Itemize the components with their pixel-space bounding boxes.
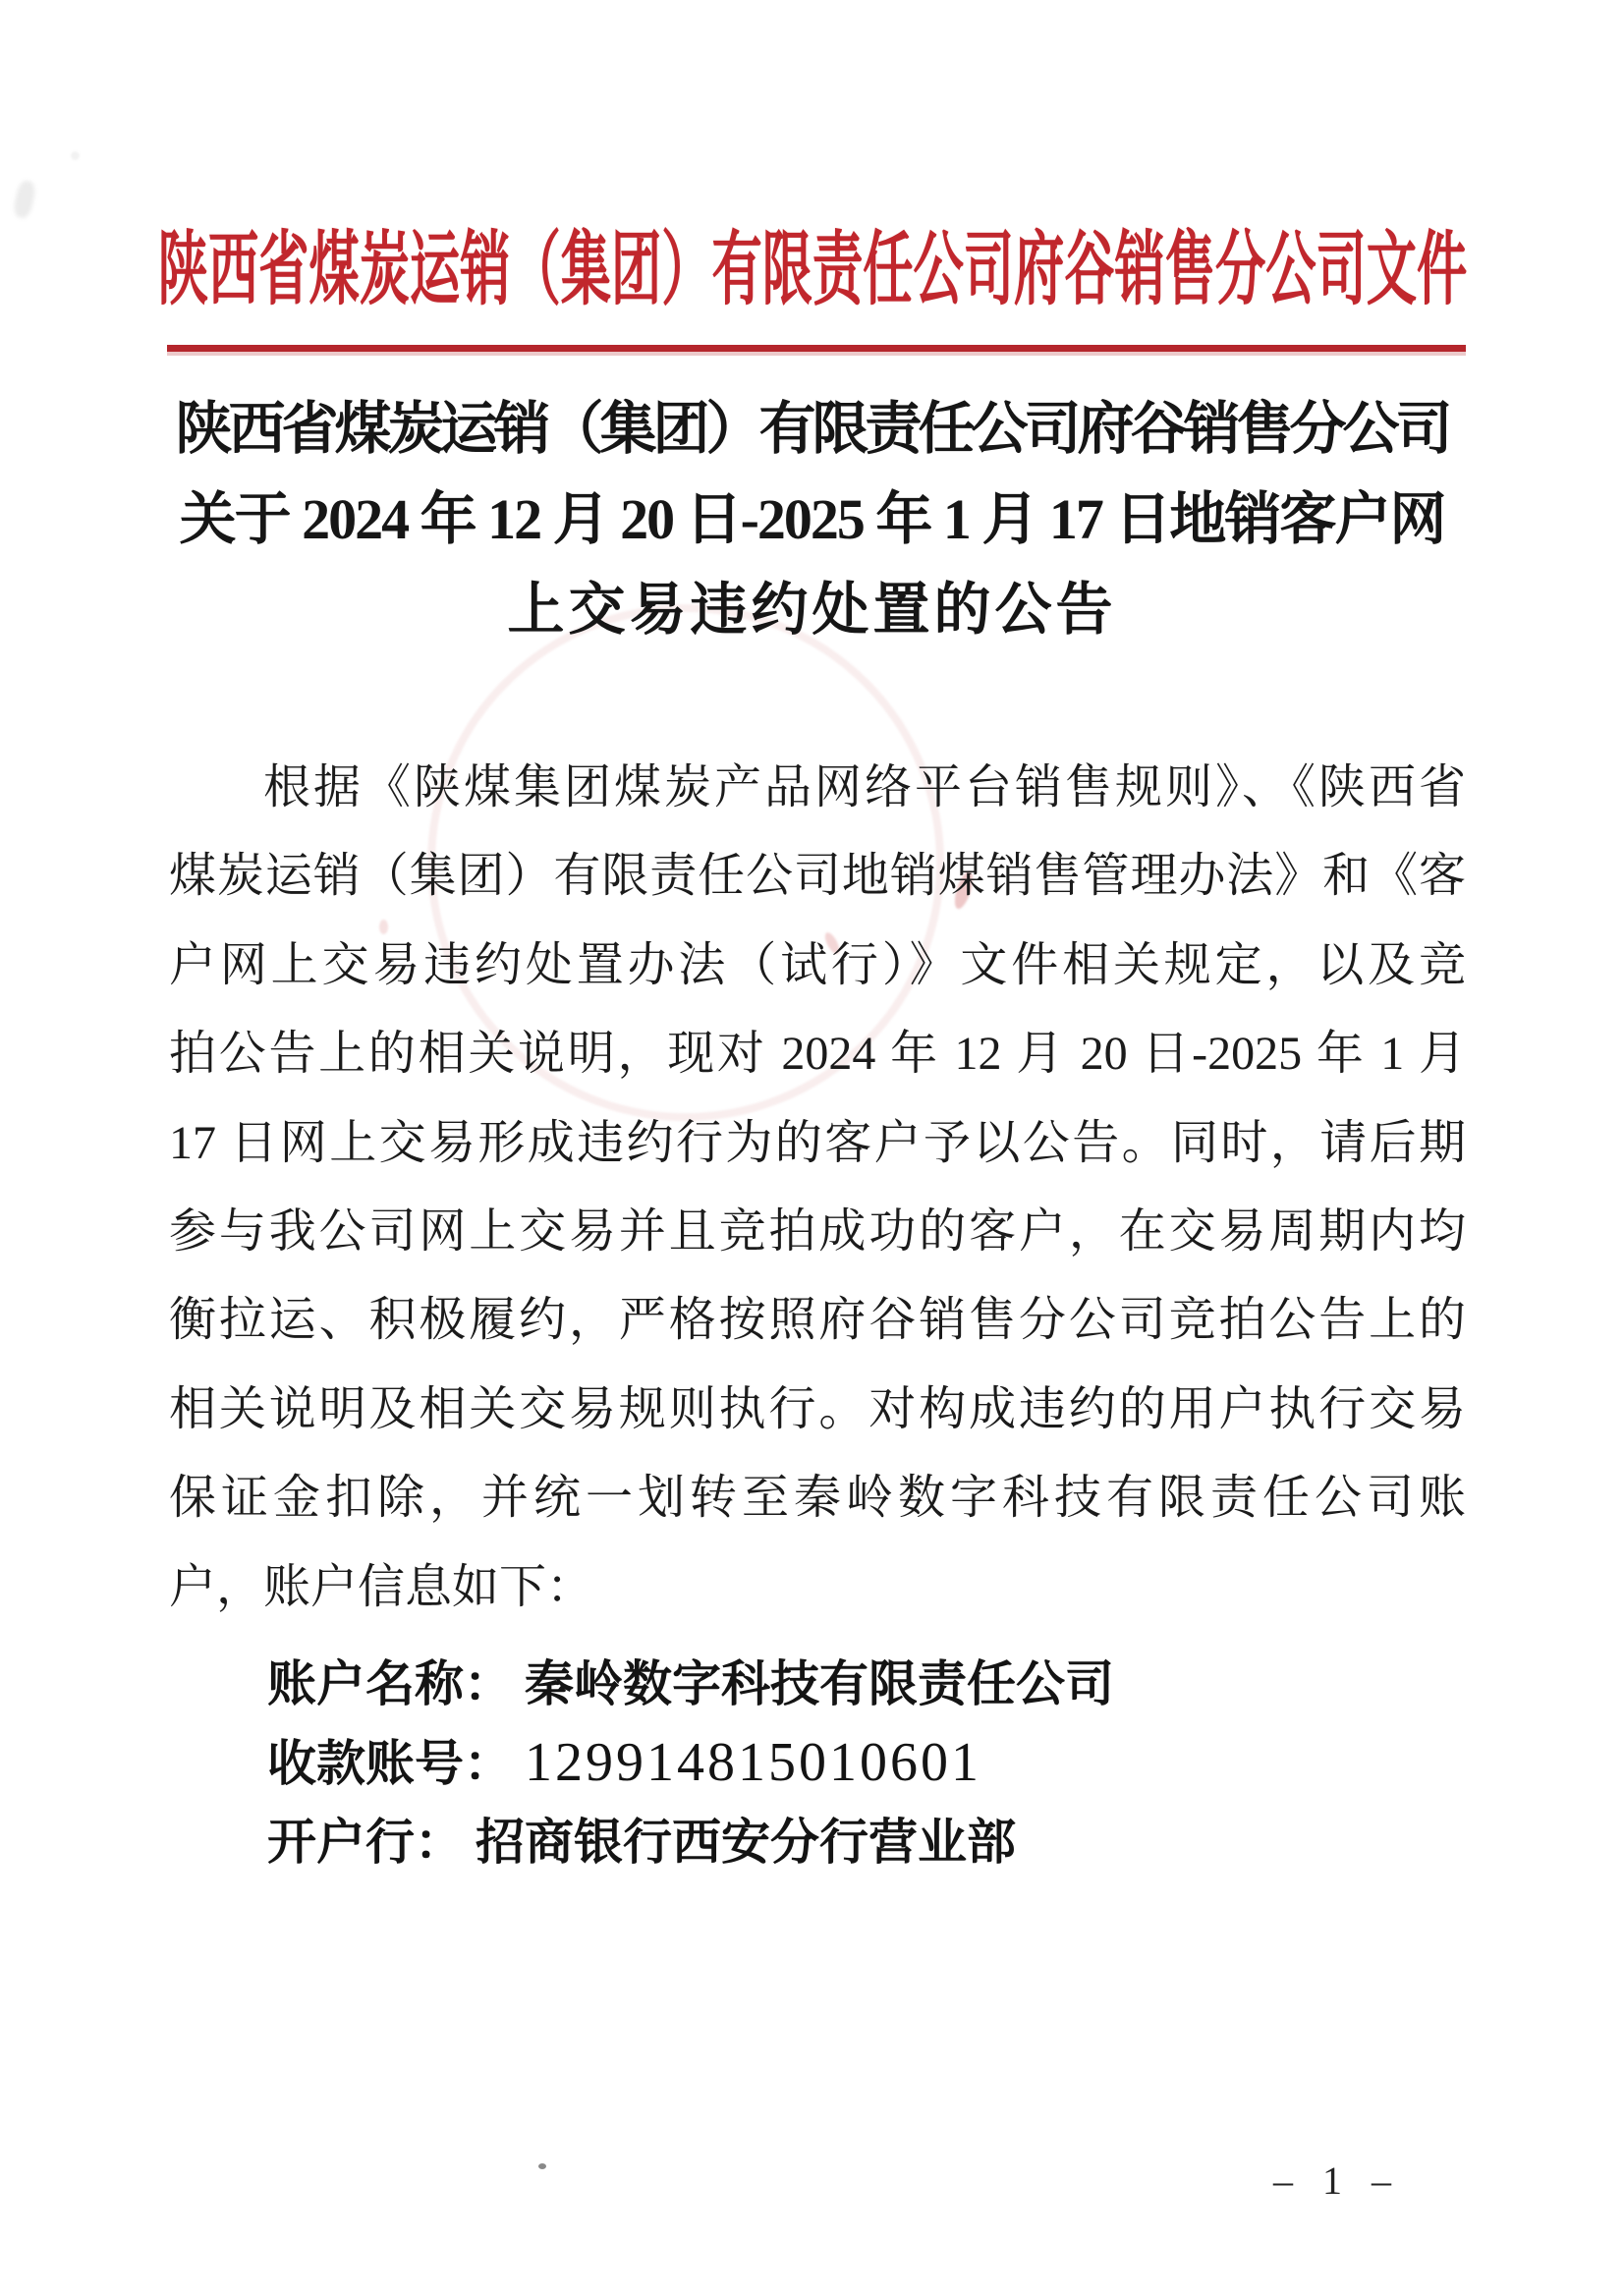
body-line: 相关说明及相关交易规则执行。对构成违约的用户执行交易 xyxy=(169,1366,1466,1454)
title-line-2: 关于 2024 年 12 月 20 日-2025 年 1 月 17 日地销客户网 xyxy=(0,475,1624,565)
body-line: 保证金扣除，并统一划转至秦岭数字科技有限责任公司账 xyxy=(169,1454,1466,1542)
account-name-value: 秦岭数字科技有限责任公司 xyxy=(525,1656,1114,1711)
account-number-value: 129914815010601 xyxy=(525,1732,981,1793)
account-number-label: 收款账号： xyxy=(267,1736,513,1791)
body-paragraph: 根据《陕煤集团煤炭产品网络平台销售规则》、《陕西省 煤炭运销（集团）有限责任公司… xyxy=(169,744,1466,1632)
account-number-row: 收款账号：129914815010601 xyxy=(267,1723,1466,1803)
letterhead-rule xyxy=(167,345,1466,352)
account-info: 账户名称：秦岭数字科技有限责任公司 收款账号：129914815010601 开… xyxy=(267,1645,1466,1881)
account-name-label: 账户名称： xyxy=(267,1656,513,1711)
document-title: 陕西省煤炭运销（集团）有限责任公司府谷销售分公司 关于 2024 年 12 月 … xyxy=(0,384,1624,655)
title-line-3: 上交易违约处置的公告 xyxy=(0,565,1624,655)
body-line: 煤炭运销（集团）有限责任公司地销煤销售管理办法》和《客 xyxy=(169,832,1466,921)
scan-smudge xyxy=(71,151,80,160)
scan-smudge xyxy=(12,180,37,220)
page-number: – 1 – xyxy=(1273,2157,1401,2204)
body-line: 衡拉运、积极履约，严格按照府谷销售分公司竞拍公告上的 xyxy=(169,1276,1466,1365)
letterhead-banner: 陕西省煤炭运销（集团）有限责任公司府谷销售分公司文件 xyxy=(0,230,1624,310)
account-name-row: 账户名称：秦岭数字科技有限责任公司 xyxy=(267,1645,1466,1723)
bank-row: 开户行：招商银行西安分行营业部 xyxy=(267,1803,1466,1881)
scan-speck xyxy=(538,2163,546,2169)
body-line: 户网上交易违约处置办法（试行）》文件相关规定，以及竞 xyxy=(169,922,1466,1010)
body-line: 参与我公司网上交易并且竞拍成功的客户，在交易周期内均 xyxy=(169,1188,1466,1276)
body-line: 17 日网上交易形成违约行为的客户予以公告。同时，请后期 xyxy=(169,1099,1466,1188)
body-line: 户，账户信息如下： xyxy=(169,1543,1466,1632)
body-line: 根据《陕煤集团煤炭产品网络平台销售规则》、《陕西省 xyxy=(169,744,1466,832)
bank-label: 开户行： xyxy=(267,1815,464,1870)
title-line-1: 陕西省煤炭运销（集团）有限责任公司府谷销售分公司 xyxy=(0,384,1624,475)
letterhead-banner-text: 陕西省煤炭运销（集团）有限责任公司府谷销售分公司文件 xyxy=(157,230,1467,310)
bank-value: 招商银行西安分行营业部 xyxy=(476,1815,1016,1870)
document-page: 陕西省煤炭运销（集团）有限责任公司府谷销售分公司文件 陕西省煤炭运销（集团）有限… xyxy=(0,0,1624,2295)
body-line: 拍公告上的相关说明，现对 2024 年 12 月 20 日-2025 年 1 月 xyxy=(169,1010,1466,1098)
